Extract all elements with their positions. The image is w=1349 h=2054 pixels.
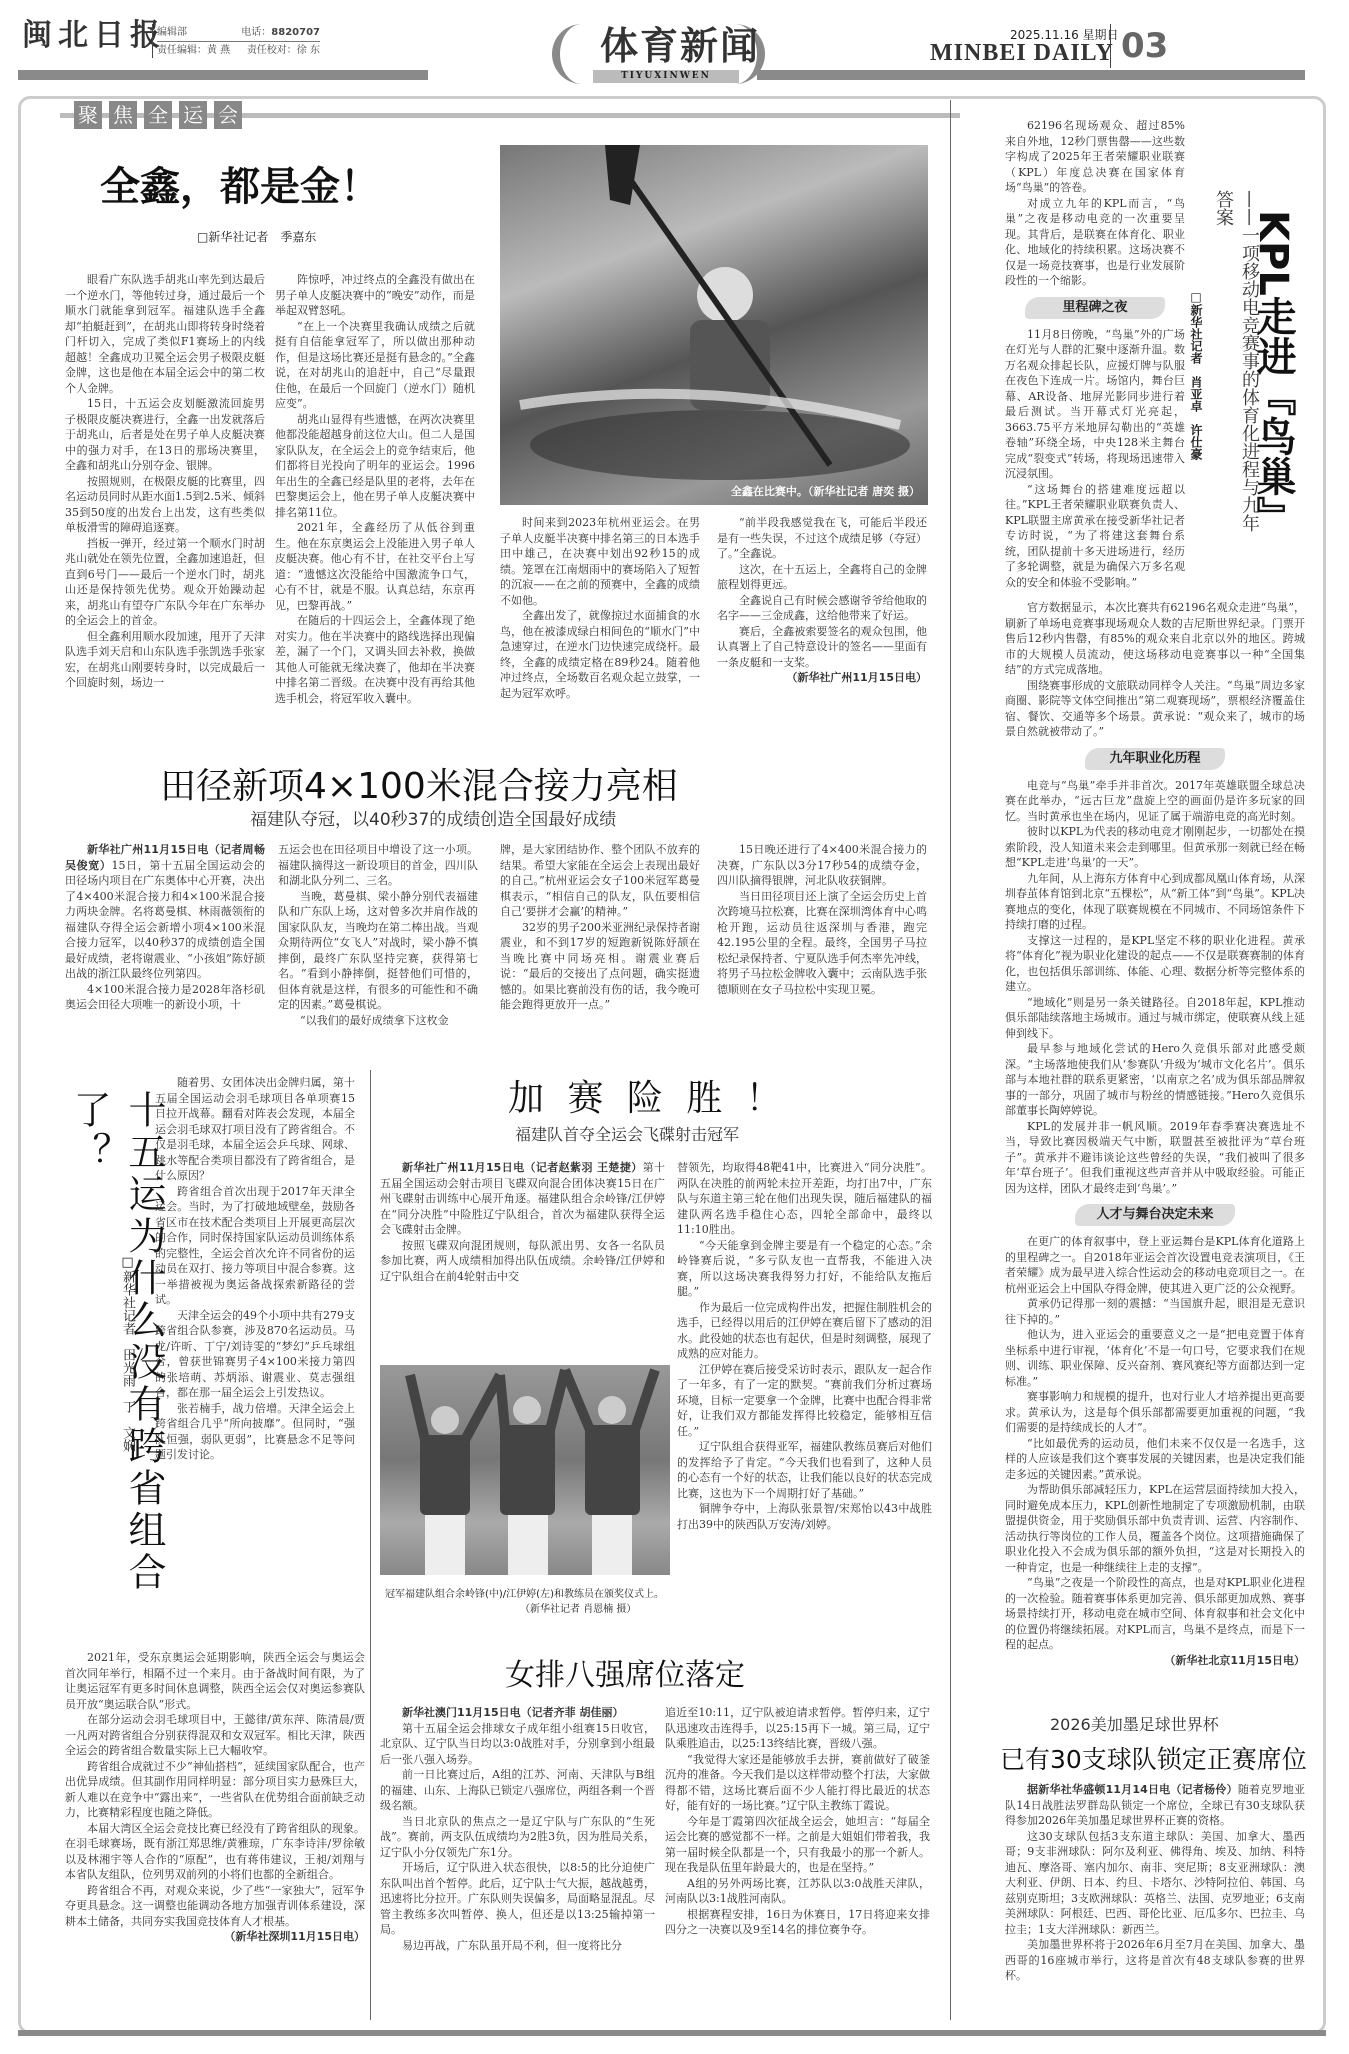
kicker-char: 运 (179, 101, 207, 129)
article4-headline: 加 赛 险 胜 ！ (508, 1070, 788, 1121)
kicker-char: 全 (144, 101, 172, 129)
article1-headline: 全鑫，都是金！ (100, 155, 380, 212)
champions-illustration (380, 1365, 670, 1575)
section-title: 体育新闻 (600, 15, 760, 70)
article1-column-1: 眼看广东队选手胡兆山率先到达最后一个逆水门，等他转过身，通过最后一个顺水门就能拿… (65, 272, 265, 742)
article4-column-2: 替领先，均取得48靶41中，比赛进入“同分决胜”。两队在决胜的前两轮未拉开差距，… (677, 1160, 932, 1640)
article2-column-2: 五运会也在田径项目中增设了这一小项。福建队摘得这一新设项目的首金，四川队和湖北队… (278, 842, 478, 1042)
article4-subheadline: 福建队首夺全运会飞碟射击冠军 (515, 1122, 739, 1145)
article2-column-3: 牌，是大家团结协作、整个团队不放弃的结果。希望大家能在全运会上表现出最好的自己。… (500, 842, 700, 1042)
article1-column-4: “前半段我感觉我在飞，可能后半段还是有一些失误，不过这个成绩足够（夺冠）了。”全… (717, 515, 927, 735)
kicker-char: 聚 (74, 101, 102, 129)
kpl-main-column: 官方数据显示，本次比赛共有62196名观众走进“鸟巢”，刷新了单场电竞赛事现场观… (1005, 600, 1305, 1700)
section-pinyin: TIYUXINWEN (593, 70, 739, 83)
kpl-subhead-milestone: 里程碑之夜 (1025, 297, 1165, 319)
kpl-subhead-nine-years: 九年职业化历程 (1085, 748, 1225, 770)
article5-column-2: 追近至10:11，辽宁队被迫请求暂停。暂停归来，辽宁队迅速攻击连得手，以25:1… (665, 1705, 930, 2025)
kicker-char: 焦 (109, 101, 137, 129)
column-divider (370, 1070, 371, 2020)
article2-column-1: 新华社广州11月15日电（记者周畅 吴俊宽）15日，第十五届全国运动会的田径场内… (65, 842, 265, 1042)
masthead-rule-right (757, 70, 1305, 80)
newspaper-logo: 闽北日报 (22, 10, 166, 54)
article5-column-1: 新华社澳门11月15日电（记者齐菲 胡佳丽） 第十五届全运会排球女子成年组小组赛… (380, 1705, 655, 2025)
editor-credit: 责任编辑：黄 燕 (157, 42, 230, 58)
article1-column-3: 时间来到2023年杭州亚运会。在男子单人皮艇半决赛中排名第三的日本选手田中雄己，… (500, 515, 700, 735)
shooting-photo-caption: 冠军福建队组合余岭锋(中)/江伊婷(左)和教练员在颁奖仪式上。 (385, 1585, 675, 1600)
masthead-rule-left (18, 70, 428, 80)
article7-dateline: 据新华社华盛顿11月14日电（记者杨伶） (1027, 1783, 1238, 1796)
article5-headline: 女排八强席位落定 (505, 1650, 745, 1694)
article6-signoff: （新华社北京11月15日电） (1005, 1653, 1305, 1669)
article7-headline: 已有30支球队锁定正赛席位 (1000, 1740, 1307, 1776)
article3-column-1b: 2021年，受东京奥运会延期影响，陕西全运会与奥运会首次同年举行，相隔不过一个来… (65, 1650, 365, 2020)
page-bottom-rule (18, 2030, 1326, 2036)
proofreader-credit: 责任校对：徐 东 (247, 42, 320, 58)
article7-kicker: 2026美加墨足球世界杯 (1050, 1712, 1219, 1735)
shooting-team-photo (380, 1365, 670, 1575)
bracket-left-ornament (552, 24, 582, 84)
article1-byline: □新华社记者 季嘉东 (197, 228, 316, 245)
kicker-char: 会 (214, 101, 242, 129)
paper-name-en: MINBEI DAILY (930, 40, 1114, 67)
article3-column-1a: 随着男、女团体决出金牌归属，第十五届全国运动会羽毛球项目各单项赛15日拉开战幕。… (155, 1075, 355, 1645)
article4-dateline: 新华社广州11月15日电（记者赵紫羽 王楚捷） (402, 1161, 643, 1174)
article3-signoff: （新华社深圳11月15日电） (65, 1929, 365, 1945)
article3-byline: □新华社记者 田光雨 丁 文娴 (118, 1255, 137, 1495)
kayaker-illustration (500, 145, 928, 505)
kpl-subhead-talent: 人才与舞台决定未来 (1075, 1204, 1235, 1226)
kayak-photo-caption: 全鑫在比赛中。（新华社记者 唐奕 摄） (731, 483, 920, 499)
article4-column-1: 新华社广州11月15日电（记者赵紫羽 王楚捷）第十五届全国运动会射击项目飞碟双向… (380, 1160, 665, 1360)
article2-subheadline: 福建队夺冠，以40秒37的成绩创造全国最好成绩 (250, 805, 616, 830)
editorial-info: 编辑部 电话：8820707 责任编辑：黄 燕 责任校对：徐 东 (152, 24, 320, 58)
page-number: 03 (1110, 24, 1168, 68)
article6-headline: KPL走进『鸟巢』 (1245, 210, 1302, 570)
article1-signoff: （新华社广州11月15日电） (717, 670, 927, 686)
article6-byline: □新华社记者 肖亚卓 许仕豪 (1188, 290, 1205, 490)
dept-label: 编辑部 (157, 24, 187, 41)
article1-column-2: 阵惊呼，冲过终点的全鑫没有做出在男子单人皮艇决赛中的“晚安”动作，而是举起双臂怒… (275, 272, 475, 742)
article5-dateline: 新华社澳门11月15日电（记者齐菲 胡佳丽） (402, 1706, 623, 1719)
article2-headline: 田径新项4×100米混合接力亮相 (160, 758, 678, 809)
phone-info: 电话：8820707 (241, 24, 320, 41)
article7-body: 据新华社华盛顿11月14日电（记者杨伶）随着克罗地亚队14日战胜法罗群岛队锁定一… (1005, 1782, 1305, 2022)
kicker-focus-games: 聚焦全运会 (74, 101, 249, 129)
kpl-intro-column: 62196名现场观众、超过85%来自外地，12秒门票售罄——这些数字构成了202… (1005, 118, 1185, 598)
kayak-photo: 全鑫在比赛中。（新华社记者 唐奕 摄） (500, 145, 928, 505)
article2-column-4: 15日晚还进行了4×400米混合接力的决赛，广东队以3分17秒54的成绩夺金，四… (717, 842, 927, 1042)
right-column-divider (950, 100, 951, 2020)
shooting-photo-credit: （新华社记者 肖恩楠 摄） (520, 1600, 636, 1615)
